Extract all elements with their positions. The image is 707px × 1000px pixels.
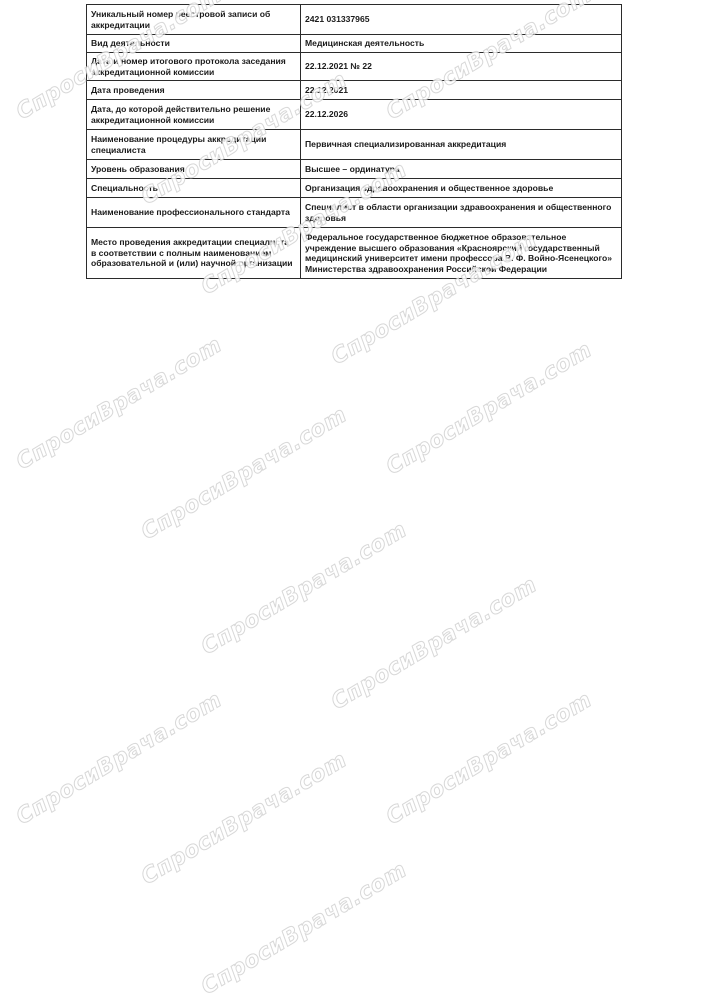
row-value: 22.12.2026 xyxy=(301,100,622,130)
watermark: СпросиВрача.com xyxy=(382,688,596,830)
table-row: Дата и номер итогового протокола заседан… xyxy=(87,53,622,81)
row-value: Медицинская деятельность xyxy=(301,35,622,53)
watermark: СпросиВрача.com xyxy=(12,333,226,475)
row-label: Специальность xyxy=(87,179,301,198)
watermark: СпросиВрача.com xyxy=(137,403,351,545)
row-label: Место проведения аккредитации специалист… xyxy=(87,228,301,279)
row-label: Наименование профессионального стандарта xyxy=(87,198,301,228)
row-value: Федеральное государственное бюджетное об… xyxy=(301,228,622,279)
watermark: СпросиВрача.com xyxy=(382,338,596,480)
table-row: Место проведения аккредитации специалист… xyxy=(87,228,622,279)
row-value: 22.12.2021 № 22 xyxy=(301,53,622,81)
row-label: Дата и номер итогового протокола заседан… xyxy=(87,53,301,81)
table-row: Специальность Организация здравоохранени… xyxy=(87,179,622,198)
row-label: Наименование процедуры аккредитации спец… xyxy=(87,130,301,160)
row-label: Дата проведения xyxy=(87,81,301,100)
table-row: Дата проведения 22.12.2021 xyxy=(87,81,622,100)
accreditation-table: Уникальный номер реестровой записи об ак… xyxy=(86,4,622,279)
table-row: Уровень образования Высшее – ординатура xyxy=(87,160,622,179)
watermark: СпросиВрача.com xyxy=(12,688,226,830)
table-row: Уникальный номер реестровой записи об ак… xyxy=(87,5,622,35)
row-value: 2421 031337965 xyxy=(301,5,622,35)
watermark: СпросиВрача.com xyxy=(197,518,411,660)
row-label: Дата, до которой действительно решение а… xyxy=(87,100,301,130)
table-row: Наименование профессионального стандарта… xyxy=(87,198,622,228)
table-row: Дата, до которой действительно решение а… xyxy=(87,100,622,130)
watermark: СпросиВрача.com xyxy=(137,748,351,890)
row-label: Уровень образования xyxy=(87,160,301,179)
watermark: СпросиВрача.com xyxy=(327,573,541,715)
row-value: Организация здравоохранения и общественн… xyxy=(301,179,622,198)
row-value: 22.12.2021 xyxy=(301,81,622,100)
row-value: Специалист в области организации здравоо… xyxy=(301,198,622,228)
row-value: Высшее – ординатура xyxy=(301,160,622,179)
watermark: СпросиВрача.com xyxy=(197,858,411,1000)
table-row: Наименование процедуры аккредитации спец… xyxy=(87,130,622,160)
row-label: Уникальный номер реестровой записи об ак… xyxy=(87,5,301,35)
row-label: Вид деятельности xyxy=(87,35,301,53)
row-value: Первичная специализированная аккредитаци… xyxy=(301,130,622,160)
table-row: Вид деятельности Медицинская деятельност… xyxy=(87,35,622,53)
